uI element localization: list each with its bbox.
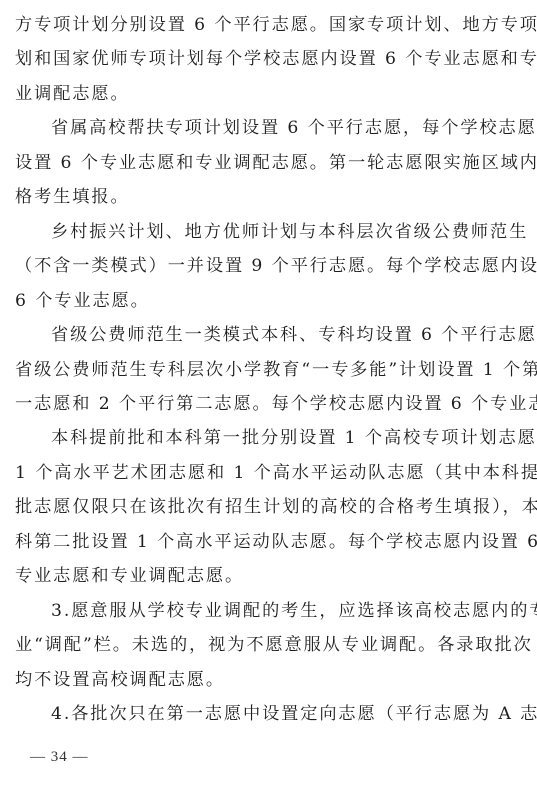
- paragraph-4: 省级公费师范生一类模式本科、专科均设置 6 个平行志愿。 省级公费师范生专科层次…: [15, 318, 518, 421]
- paragraph-1: 方专项计划分别设置 6 个平行志愿。国家专项计划、地方专项计 划和国家优师专项计…: [15, 8, 518, 111]
- paragraph-7: 4.各批次只在第一志愿中设置定向志愿（平行志愿为 A 志: [15, 697, 518, 731]
- text-line: 设置 6 个专业志愿和专业调配志愿。第一轮志愿限实施区域内合: [15, 146, 518, 180]
- paragraph-3: 乡村振兴计划、地方优师计划与本科层次省级公费师范生 （不含一类模式）一并设置 9…: [15, 215, 518, 318]
- text-line: 省属高校帮扶专项计划设置 6 个平行志愿，每个学校志愿内: [15, 111, 518, 145]
- text-line: 均不设置高校调配志愿。: [15, 663, 518, 697]
- text-line: 6 个专业志愿。: [15, 284, 518, 318]
- text-line: 业“调配”栏。未选的，视为不愿意服从专业调配。各录取批次: [15, 628, 518, 662]
- document-page: 方专项计划分别设置 6 个平行志愿。国家专项计划、地方专项计 划和国家优师专项计…: [15, 8, 518, 732]
- text-line: （不含一类模式）一并设置 9 个平行志愿。每个学校志愿内设置: [15, 249, 518, 283]
- text-line: 4.各批次只在第一志愿中设置定向志愿（平行志愿为 A 志: [15, 697, 518, 731]
- text-line: 批志愿仅限只在该批次有招生计划的高校的合格考生填报），本: [15, 490, 518, 524]
- text-line: 省级公费师范生一类模式本科、专科均设置 6 个平行志愿。: [15, 318, 518, 352]
- text-line: 1 个高水平艺术团志愿和 1 个高水平运动队志愿（其中本科提前: [15, 456, 518, 490]
- text-line: 专业志愿和专业调配志愿。: [15, 559, 518, 593]
- page-number: — 34 —: [30, 749, 89, 766]
- text-line: 格考生填报。: [15, 180, 518, 214]
- paragraph-6: 3.愿意服从学校专业调配的考生，应选择该高校志愿内的专 业“调配”栏。未选的，视…: [15, 594, 518, 697]
- text-line: 3.愿意服从学校专业调配的考生，应选择该高校志愿内的专: [15, 594, 518, 628]
- text-line: 方专项计划分别设置 6 个平行志愿。国家专项计划、地方专项计: [15, 8, 518, 42]
- text-line: 省级公费师范生专科层次小学教育“一专多能”计划设置 1 个第: [15, 353, 518, 387]
- text-line: 本科提前批和本科第一批分别设置 1 个高校专项计划志愿、: [15, 421, 518, 455]
- paragraph-5: 本科提前批和本科第一批分别设置 1 个高校专项计划志愿、 1 个高水平艺术团志愿…: [15, 421, 518, 593]
- text-line: 一志愿和 2 个平行第二志愿。每个学校志愿内设置 6 个专业志愿。: [15, 387, 518, 421]
- text-line: 科第二批设置 1 个高水平运动队志愿。每个学校志愿内设置 6 个: [15, 525, 518, 559]
- text-line: 乡村振兴计划、地方优师计划与本科层次省级公费师范生: [15, 215, 518, 249]
- paragraph-2: 省属高校帮扶专项计划设置 6 个平行志愿，每个学校志愿内 设置 6 个专业志愿和…: [15, 111, 518, 214]
- text-line: 划和国家优师专项计划每个学校志愿内设置 6 个专业志愿和专: [15, 42, 518, 76]
- text-line: 业调配志愿。: [15, 77, 518, 111]
